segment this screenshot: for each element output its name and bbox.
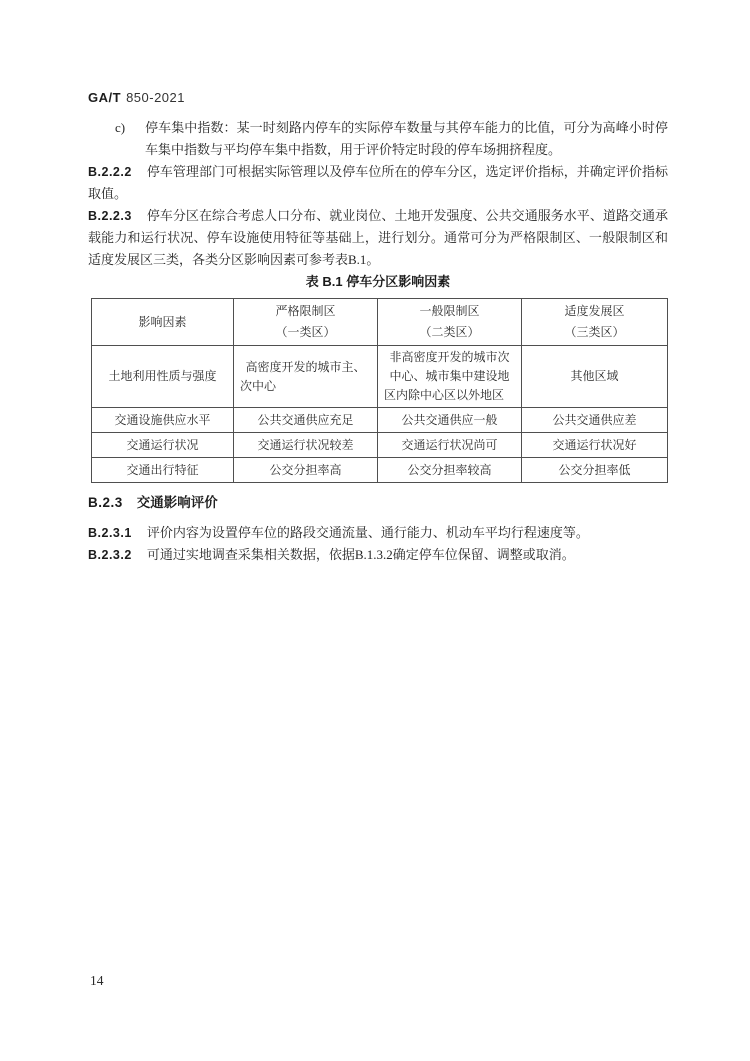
table-cell: 公共交通供应一般 [378,408,522,433]
clause-b2-3-1-text: 评价内容为设置停车位的路段交通流量、通行能力、机动车平均行程速度等。 [147,525,589,540]
table-row-traffic-condition: 交通运行状况 交通运行状况较差 交通运行状况尚可 交通运行状况好 [92,433,668,458]
table-cell: 公共交通供应充足 [234,408,378,433]
table-row-land-use: 土地利用性质与强度 高密度开发的城市主、次中心 非高密度开发的城市次中心、城市集… [92,346,668,408]
clause-b2-2-3-label: B.2.2.3 [88,209,132,223]
table-cell: 交通出行特征 [92,458,234,483]
table-header-strict-zone: 严格限制区 （一类区） [234,299,378,346]
table-cell: 公交分担率低 [522,458,668,483]
clause-b2-2-2: B.2.2.2停车管理部门可根据实际管理以及停车位所在的停车分区，选定评价指标，… [88,161,668,205]
clause-b2-2-2-text: 停车管理部门可根据实际管理以及停车位所在的停车分区，选定评价指标，并确定评价指标… [88,164,668,201]
clause-b2-2-3-text: 停车分区在综合考虑人口分布、就业岗位、土地开发强度、公共交通服务水平、道路交通承… [88,208,668,267]
list-item-c-text: 停车集中指数：某一时刻路内停车的实际停车数量与其停车能力的比值，可分为高峰小时停… [145,120,668,157]
header-factor-label: 影响因素 [98,312,227,333]
table-cell: 交通设施供应水平 [92,408,234,433]
table-cell: 交通运行状况好 [522,433,668,458]
table-row-travel-characteristics: 交通出行特征 公交分担率高 公交分担率较高 公交分担率低 [92,458,668,483]
standard-code-prefix: GA/T [88,90,121,105]
table-b1-title: 表 B.1 停车分区影响因素 [88,272,668,292]
document-page: GA/T850-2021 c)停车集中指数：某一时刻路内停车的实际停车数量与其停… [0,0,750,1061]
list-item-c-label: c) [115,117,145,139]
header-moderate-zone-line2: （三类区） [528,322,661,343]
table-cell: 非高密度开发的城市次中心、城市集中建设地区内除中心区以外地区 [378,346,522,408]
list-item-c: c)停车集中指数：某一时刻路内停车的实际停车数量与其停车能力的比值，可分为高峰小… [88,117,668,161]
clause-b2-3-2-text: 可通过实地调查采集相关数据，依据B.1.3.2确定停车位保留、调整或取消。 [147,547,575,562]
section-heading-b2-3: B.2.3交通影响评价 [88,492,668,514]
header-moderate-zone-line1: 适度发展区 [528,301,661,322]
section-b2-3-label: B.2.3 [88,495,123,510]
table-cell: 交通运行状况较差 [234,433,378,458]
clause-b2-3-1: B.2.3.1评价内容为设置停车位的路段交通流量、通行能力、机动车平均行程速度等… [88,522,668,544]
table-header-factor: 影响因素 [92,299,234,346]
clause-b2-2-2-label: B.2.2.2 [88,165,132,179]
table-b1: 影响因素 严格限制区 （一类区） 一般限制区 （二类区） 适度发展区 （三类区） [91,298,668,483]
table-header-row: 影响因素 严格限制区 （一类区） 一般限制区 （二类区） 适度发展区 （三类区） [92,299,668,346]
header-strict-zone-line2: （一类区） [240,322,371,343]
standard-code-number: 850-2021 [126,90,185,105]
table-header-general-zone: 一般限制区 （二类区） [378,299,522,346]
table-cell: 公交分担率较高 [378,458,522,483]
clause-b2-3-1-label: B.2.3.1 [88,526,132,540]
table-cell: 公交分担率高 [234,458,378,483]
table-header-moderate-zone: 适度发展区 （三类区） [522,299,668,346]
table-row-transit-supply: 交通设施供应水平 公共交通供应充足 公共交通供应一般 公共交通供应差 [92,408,668,433]
header-general-zone-line2: （二类区） [384,322,515,343]
clause-b2-3-2-label: B.2.3.2 [88,548,132,562]
page-number: 14 [90,973,104,989]
standard-code-header: GA/T850-2021 [88,90,185,105]
table-cell: 交通运行状况 [92,433,234,458]
clause-b2-3-2: B.2.3.2可通过实地调查采集相关数据，依据B.1.3.2确定停车位保留、调整… [88,544,668,566]
table-cell: 公共交通供应差 [522,408,668,433]
table-cell: 其他区域 [522,346,668,408]
clause-b2-2-3: B.2.2.3停车分区在综合考虑人口分布、就业岗位、土地开发强度、公共交通服务水… [88,205,668,271]
header-general-zone-line1: 一般限制区 [384,301,515,322]
page-content: c)停车集中指数：某一时刻路内停车的实际停车数量与其停车能力的比值，可分为高峰小… [88,117,668,566]
table-cell: 土地利用性质与强度 [92,346,234,408]
table-cell: 高密度开发的城市主、次中心 [234,346,378,408]
section-b2-3-title: 交通影响评价 [137,495,218,510]
table-cell: 交通运行状况尚可 [378,433,522,458]
header-strict-zone-line1: 严格限制区 [240,301,371,322]
